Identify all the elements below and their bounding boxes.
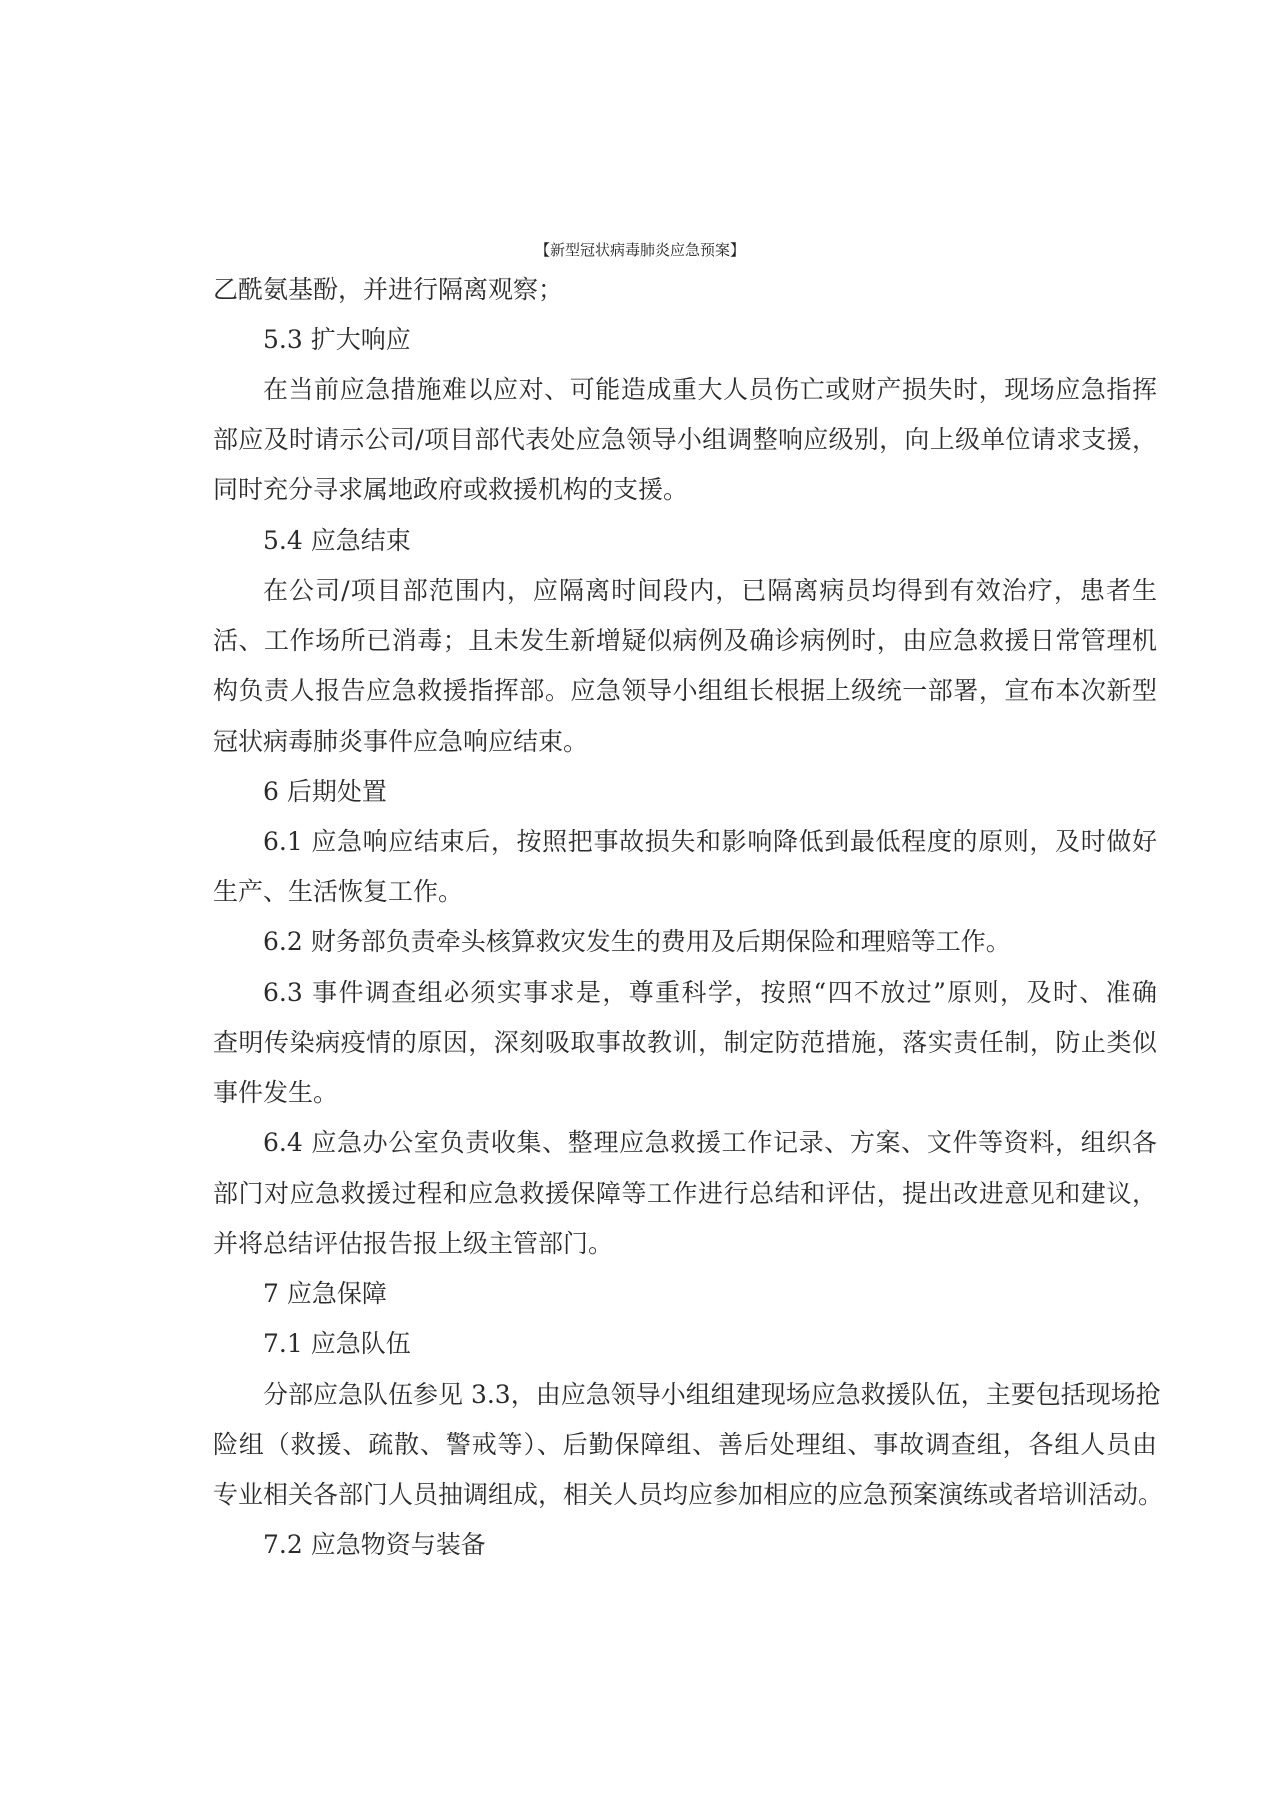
body-line: 在公司/项目部范围内，应隔离时间段内，已隔离病员均得到有效治疗，患者生 xyxy=(213,566,1157,616)
body-line: 查明传染病疫情的原因，深刻吸取事故教训，制定防范措施，落实责任制，防止类似 xyxy=(213,1018,1157,1068)
body-line: 乙酰氨基酚，并进行隔离观察； xyxy=(213,265,1157,315)
body-line: 活、工作场所已消毒；且未发生新增疑似病例及确诊病例时，由应急救援日常管理机 xyxy=(213,616,1157,666)
body-line: 在当前应急措施难以应对、可能造成重大人员伤亡或财产损失时，现场应急指挥 xyxy=(213,365,1157,415)
section-heading-5-4: 5.4 应急结束 xyxy=(213,516,1157,566)
body-line: 生产、生活恢复工作。 xyxy=(213,867,1157,917)
section-heading-7-1: 7.1 应急队伍 xyxy=(213,1319,1157,1369)
body-line: 6.3 事件调查组必须实事求是，尊重科学，按照“四不放过”原则，及时、准确 xyxy=(213,968,1157,1018)
body-line: 部门对应急救援过程和应急救援保障等工作进行总结和评估，提出改进意见和建议， xyxy=(213,1169,1157,1219)
section-heading-6: 6 后期处置 xyxy=(213,767,1157,817)
body-line: 分部应急队伍参见 3.3，由应急领导小组组建现场应急救援队伍，主要包括现场抢 xyxy=(213,1370,1157,1420)
body-line: 6.4 应急办公室负责收集、整理应急救援工作记录、方案、文件等资料，组织各 xyxy=(213,1118,1157,1168)
body-line: 专业相关各部门人员抽调组成，相关人员均应参加相应的应急预案演练或者培训活动。 xyxy=(213,1470,1157,1520)
section-heading-7: 7 应急保障 xyxy=(213,1269,1157,1319)
body-line: 同时充分寻求属地政府或救援机构的支援。 xyxy=(213,465,1157,515)
section-heading-5-3: 5.3 扩大响应 xyxy=(213,315,1157,365)
body-line: 险组（救援、疏散、警戒等）、后勤保障组、善后处理组、事故调查组，各组人员由 xyxy=(213,1420,1157,1470)
body-line: 并将总结评估报告报上级主管部门。 xyxy=(213,1219,1157,1269)
page-header-title: 【新型冠状病毒肺炎应急预案】 xyxy=(0,238,1280,262)
body-line: 部应及时请示公司/项目部代表处应急领导小组调整响应级别，向上级单位请求支援， xyxy=(213,415,1157,465)
body-line: 冠状病毒肺炎事件应急响应结束。 xyxy=(213,717,1157,767)
body-line: 事件发生。 xyxy=(213,1068,1157,1118)
body-line: 6.1 应急响应结束后，按照把事故损失和影响降低到最低程度的原则，及时做好 xyxy=(213,817,1157,867)
body-line: 6.2 财务部负责牵头核算救灾发生的费用及后期保险和理赔等工作。 xyxy=(213,917,1157,967)
body-line: 构负责人报告应急救援指挥部。应急领导小组组长根据上级统一部署，宣布本次新型 xyxy=(213,666,1157,716)
section-heading-7-2: 7.2 应急物资与装备 xyxy=(213,1520,1157,1570)
